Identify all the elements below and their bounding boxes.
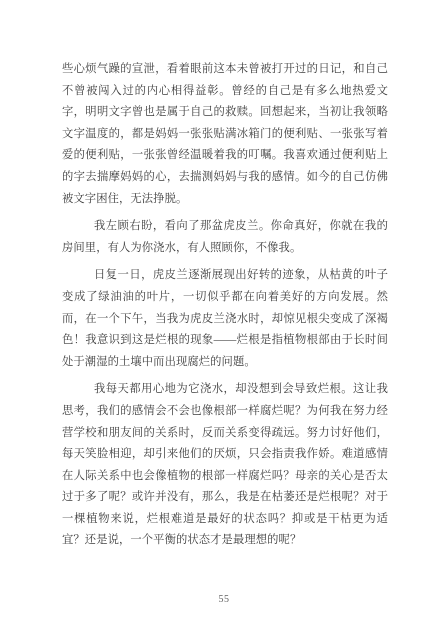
page-body-text: 些心烦气躁的宣泄，看着眼前这本未曾被打开过的日记，和自己不曾被闯入过的内心相得益… (62, 59, 388, 558)
paragraph-snake-plant-address: 我左顾右盼，看向了那盆虎皮兰。你命真好，你就在我的房间里，有人为你浇水，有人照顾… (62, 216, 388, 259)
page-number: 55 (0, 594, 448, 605)
paragraph-diary-reflection: 些心烦气躁的宣泄，看着眼前这本未曾被打开过的日记，和自己不曾被闯入过的内心相得益… (62, 59, 388, 210)
paragraph-root-rot-metaphor: 我每天都用心地为它浇水，却没想到会导致烂根。这让我思考，我们的感情会不会也像根部… (62, 379, 388, 552)
paragraph-root-rot-discovery: 日复一日，虎皮兰逐渐展现出好转的迹象，从枯黄的叶子变成了绿油油的叶片，一切似乎都… (62, 265, 388, 373)
document-page: 些心烦气躁的宣泄，看着眼前这本未曾被打开过的日记，和自己不曾被闯入过的内心相得益… (0, 0, 448, 640)
